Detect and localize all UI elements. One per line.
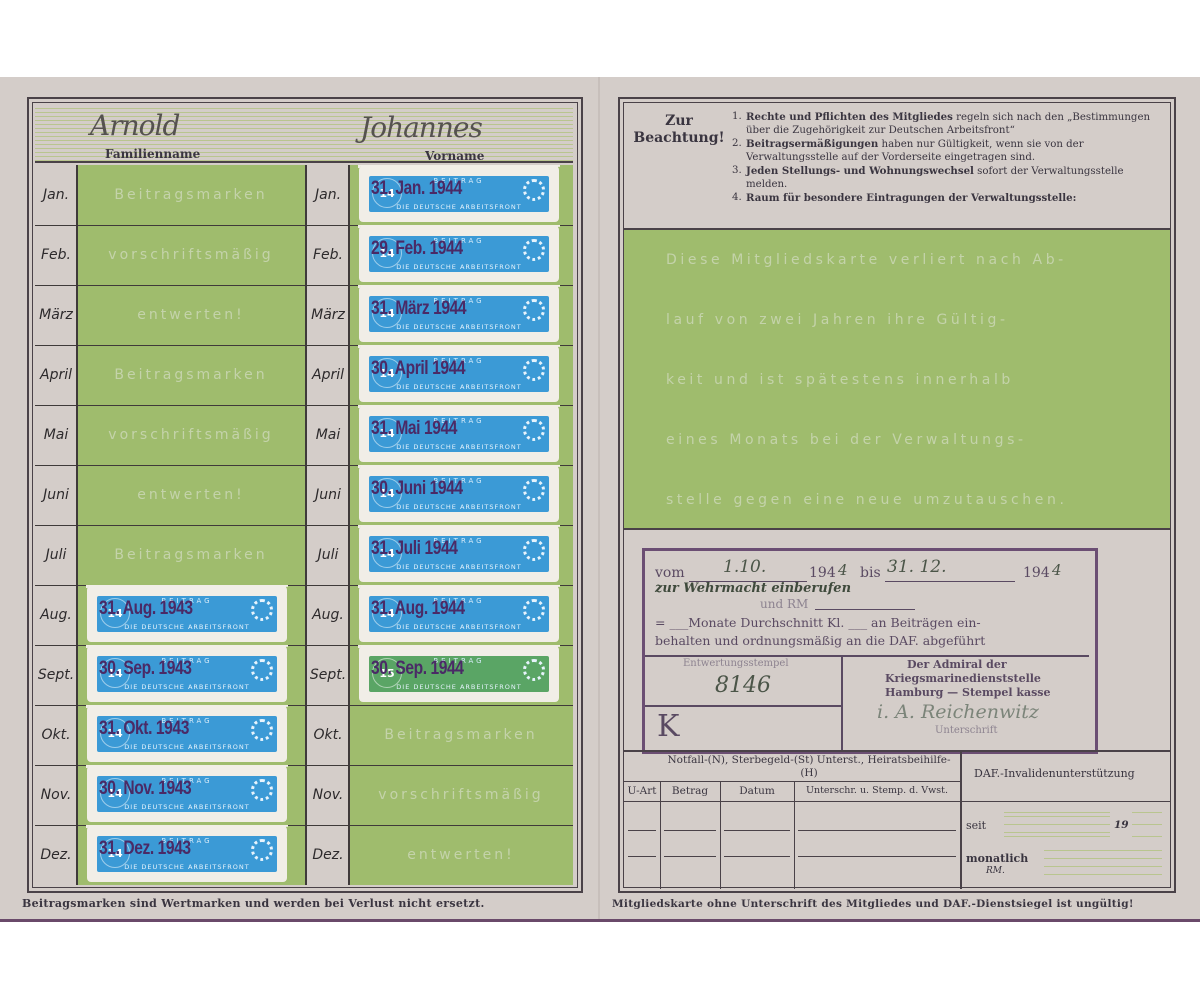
watermark-text: Beitragsmarken — [349, 705, 573, 765]
validity-line: lauf von zwei Jahren ihre Gültig- — [666, 312, 1009, 328]
month-label: Dez. — [307, 825, 349, 885]
authority-line-3: Hamburg — Stempel kasse — [885, 686, 1051, 699]
month-label: Sept. — [307, 645, 349, 705]
support-table: Notfall-(N), Sterbegeld-(St) Unterst., H… — [624, 750, 1170, 889]
rm-unit-label: RM. — [986, 866, 1005, 876]
year-suffix-2: 4 — [1052, 561, 1062, 579]
validity-line: keit und ist spätestens innerhalb — [666, 372, 1014, 388]
monate-line: = ___Monate Durchschnitt Kl. ___ an Beit… — [655, 615, 981, 630]
contribution-page: Arnold Johannes Familienname Vorname Jan… — [27, 97, 583, 893]
daf-emblem-icon — [251, 779, 273, 801]
left-footnote: Beitragsmarken sind Wertmarken und werde… — [22, 897, 485, 910]
row-divider — [307, 585, 349, 586]
daf-emblem-icon — [523, 599, 545, 621]
cancellation-date: 31. Aug. 1944 — [371, 598, 465, 620]
notice-rule: 3.Jeden Stellungs- und Wohnungswechsel s… — [732, 165, 1164, 191]
watermark-text: entwerten! — [77, 285, 305, 345]
notice-rule: 1.Rechte und Pflichten des Mitgliedes re… — [732, 111, 1164, 137]
row-divider — [307, 765, 349, 766]
membership-card: Arnold Johannes Familienname Vorname Jan… — [0, 77, 1200, 922]
given-name-signature: Johannes — [360, 111, 482, 144]
month-label: Feb. — [35, 225, 77, 285]
contribution-stamp: 14BEITRAGDIE DEUTSCHE ARBEITSFRONT31. Ma… — [361, 408, 557, 460]
cancellation-date: 30. Nov. 1943 — [99, 778, 191, 800]
unterschrift-label: Unterschrift — [935, 725, 997, 736]
rm-label: und RM — [760, 597, 808, 611]
month-label: April — [35, 345, 77, 405]
daf-emblem-icon — [523, 299, 545, 321]
row-divider — [35, 405, 77, 406]
month-label: Okt. — [307, 705, 349, 765]
support-column-header: U-Art — [626, 785, 658, 797]
row-divider — [35, 765, 77, 766]
month-label: Mai — [35, 405, 77, 465]
row-divider — [35, 345, 77, 346]
cancellation-date: 31. Juli 1944 — [371, 538, 457, 560]
daf-emblem-icon — [523, 239, 545, 261]
cancellation-date: 30. April 1944 — [371, 358, 465, 380]
month-label: März — [35, 285, 77, 345]
cancellation-date: 31. Mai 1944 — [371, 418, 457, 440]
month-label: Sept. — [35, 645, 77, 705]
support-column-header: Unterschr. u. Stemp. d. Vwst. — [796, 785, 958, 796]
contribution-stamp: 14BEITRAGDIE DEUTSCHE ARBEITSFRONT31. Mä… — [361, 288, 557, 340]
contribution-stamp: 14BEITRAGDIE DEUTSCHE ARBEITSFRONT31. Au… — [89, 588, 285, 640]
daf-emblem-icon — [523, 179, 545, 201]
contribution-stamp: 14BEITRAGDIE DEUTSCHE ARBEITSFRONT30. Se… — [89, 648, 285, 700]
row-divider — [307, 525, 349, 526]
month-label: März — [307, 285, 349, 345]
row-divider — [35, 285, 77, 286]
vom-label: vom — [655, 565, 685, 581]
handwritten-note: zur Wehrmacht einberufen — [655, 581, 851, 596]
bis-label: bis — [860, 565, 881, 581]
notice-heading: Zur Beachtung! — [630, 113, 728, 147]
row-divider — [35, 525, 77, 526]
row-divider — [35, 825, 77, 826]
month-label: Aug. — [307, 585, 349, 645]
k-mark: K — [657, 709, 679, 744]
validity-notice: Diese Mitgliedskarte verliert nach Ab-la… — [624, 228, 1170, 530]
name-box: Arnold Johannes Familienname Vorname — [35, 105, 573, 163]
support-header-left: Notfall-(N), Sterbegeld-(St) Unterst., H… — [664, 754, 954, 780]
month-label: Okt. — [35, 705, 77, 765]
month-label: Juni — [307, 465, 349, 525]
row-divider — [307, 465, 349, 466]
row-divider — [307, 345, 349, 346]
daf-emblem-icon — [251, 659, 273, 681]
contribution-stamp: 14BEITRAGDIE DEUTSCHE ARBEITSFRONT31. De… — [89, 828, 285, 880]
month-label: Mai — [307, 405, 349, 465]
month-label: Jan. — [35, 165, 77, 225]
row-divider — [35, 705, 77, 706]
seit-label: seit — [966, 819, 986, 832]
daf-emblem-icon — [523, 479, 545, 501]
official-signature: i. A. Reichenwitz — [877, 701, 1039, 723]
row-divider — [307, 285, 349, 286]
support-header-right: DAF.-Invalidenunterstützung — [974, 767, 1135, 780]
daf-emblem-icon — [523, 359, 545, 381]
cancellation-date: 29. Feb. 1944 — [371, 238, 463, 260]
daf-emblem-icon — [523, 539, 545, 561]
cancellation-date: 30. Juni 1944 — [371, 478, 463, 500]
watermark-text: Beitragsmarken — [77, 165, 305, 225]
watermark-text: Beitragsmarken — [77, 345, 305, 405]
year-suffix-1: 4 — [838, 561, 848, 579]
month-label: April — [307, 345, 349, 405]
year-prefix-2: 194 — [1023, 565, 1050, 581]
row-divider — [35, 585, 77, 586]
contribution-stamp: 14BEITRAGDIE DEUTSCHE ARBEITSFRONT31. Ok… — [89, 708, 285, 760]
cancellation-date: 31. Okt. 1943 — [99, 718, 189, 740]
admin-stamp: vom 1.10. 194 4 bis 31. 12. 194 4 zur We… — [642, 548, 1098, 754]
contribution-stamp: 14BEITRAGDIE DEUTSCHE ARBEITSFRONT30. No… — [89, 768, 285, 820]
authority-line-2: Kriegsmarinedienststelle — [885, 672, 1041, 685]
entwertung-label: Entwertungsstempel — [683, 658, 789, 669]
right-footnote: Mitgliedskarte ohne Unterschrift des Mit… — [612, 898, 1134, 910]
notice-rule: 4.Raum für besondere Eintragungen der Ve… — [732, 192, 1164, 206]
contribution-stamp: 14BEITRAGDIE DEUTSCHE ARBEITSFRONT29. Fe… — [361, 228, 557, 280]
info-page: Zur Beachtung! 1.Rechte und Pflichten de… — [618, 97, 1176, 893]
row-divider — [35, 465, 77, 466]
watermark-text: entwerten! — [77, 465, 305, 525]
cancellation-date: 31. März 1944 — [371, 298, 466, 320]
behalten-line: behalten und ordnungsmäßig an die DAF. a… — [655, 633, 985, 648]
contribution-stamp: 14BEITRAGDIE DEUTSCHE ARBEITSFRONT31. Au… — [361, 588, 557, 640]
watermark-text: entwerten! — [349, 825, 573, 885]
month-label: Nov. — [307, 765, 349, 825]
year-prefix-1: 194 — [809, 565, 836, 581]
monatlich-label: monatlich — [966, 852, 1028, 865]
support-column-header: Datum — [722, 785, 792, 797]
row-divider — [307, 705, 349, 706]
month-label: Juli — [35, 525, 77, 585]
cancellation-date: 31. Aug. 1943 — [99, 598, 193, 620]
cancellation-date: 31. Jan. 1944 — [371, 178, 462, 200]
row-divider — [35, 225, 77, 226]
watermark-text: vorschriftsmäßig — [77, 405, 305, 465]
authority-line-1: Der Admiral der — [907, 658, 1007, 671]
month-label: Aug. — [35, 585, 77, 645]
cancellation-date: 30. Sep. 1943 — [99, 658, 192, 680]
row-divider — [307, 825, 349, 826]
daf-emblem-icon — [523, 659, 545, 681]
month-label: Dez. — [35, 825, 77, 885]
support-column-header: Betrag — [662, 785, 718, 797]
row-divider — [307, 405, 349, 406]
validity-line: stelle gegen eine neue umzutauschen. — [666, 492, 1068, 508]
contribution-stamp: 14BEITRAGDIE DEUTSCHE ARBEITSFRONT30. Ju… — [361, 468, 557, 520]
row-divider — [307, 225, 349, 226]
watermark-text: vorschriftsmäßig — [77, 225, 305, 285]
month-label: Nov. — [35, 765, 77, 825]
contribution-stamp: 14BEITRAGDIE DEUTSCHE ARBEITSFRONT30. Ap… — [361, 348, 557, 400]
cancellation-date: 31. Dez. 1943 — [99, 838, 191, 860]
month-label: Jan. — [307, 165, 349, 225]
row-divider — [35, 645, 77, 646]
family-name-label: Familienname — [105, 147, 200, 161]
center-divider — [305, 165, 307, 885]
contribution-stamp: 14BEITRAGDIE DEUTSCHE ARBEITSFRONT31. Ja… — [361, 168, 557, 220]
seit-year-prefix: 19 — [1114, 819, 1129, 831]
validity-line: Diese Mitgliedskarte verliert nach Ab- — [666, 252, 1067, 268]
notice-rules: 1.Rechte und Pflichten des Mitgliedes re… — [732, 111, 1164, 207]
watermark-text: Beitragsmarken — [77, 525, 305, 585]
month-label: Feb. — [307, 225, 349, 285]
daf-emblem-icon — [251, 719, 273, 741]
daf-emblem-icon — [251, 839, 273, 861]
row-divider — [307, 645, 349, 646]
family-name-signature: Arnold — [90, 109, 179, 142]
watermark-text: vorschriftsmäßig — [349, 765, 573, 825]
month-label: Juli — [307, 525, 349, 585]
vom-value: 1.10. — [723, 557, 766, 577]
validity-line: eines Monats bei der Verwaltungs- — [666, 432, 1027, 448]
daf-emblem-icon — [251, 599, 273, 621]
contribution-stamp: 15BEITRAGDIE DEUTSCHE ARBEITSFRONT30. Se… — [361, 648, 557, 700]
entwertung-value: 8146 — [715, 673, 771, 698]
notice-rule: 2.Beitragsermäßigungen haben nur Gültigk… — [732, 138, 1164, 164]
contribution-stamp: 14BEITRAGDIE DEUTSCHE ARBEITSFRONT31. Ju… — [361, 528, 557, 580]
cancellation-date: 30. Sep. 1944 — [371, 658, 464, 680]
bis-value: 31. 12. — [887, 557, 946, 577]
month-label: Juni — [35, 465, 77, 525]
daf-emblem-icon — [523, 419, 545, 441]
card-fold — [598, 77, 600, 922]
given-name-label: Vorname — [425, 149, 484, 163]
